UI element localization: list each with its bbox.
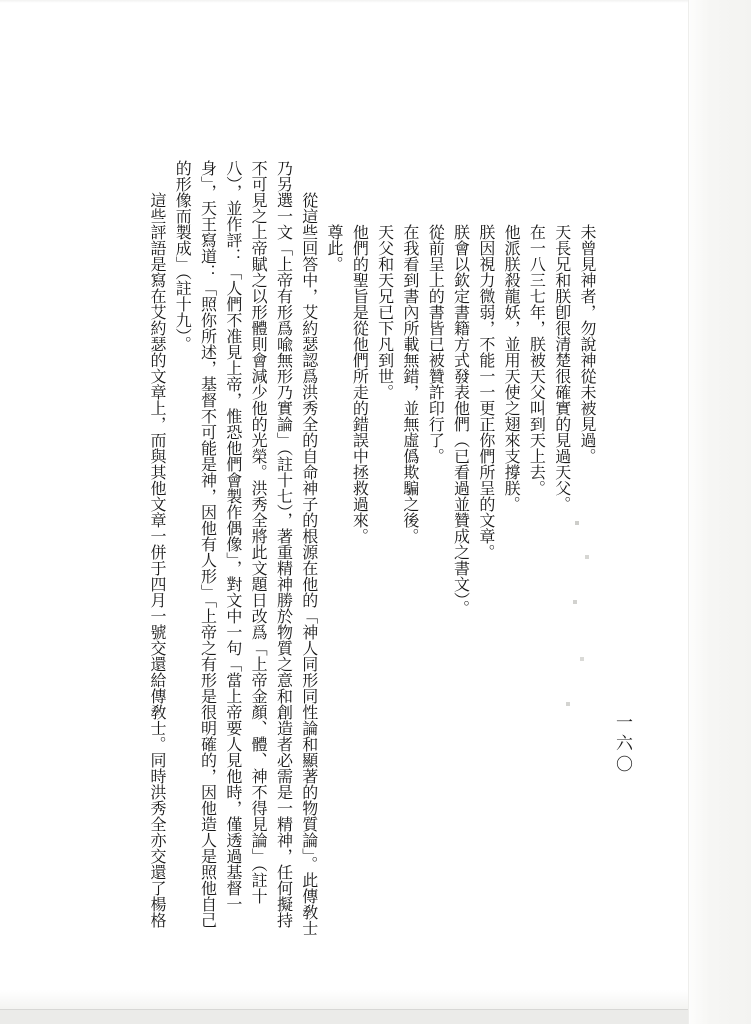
scan-edge-right bbox=[688, 0, 751, 1024]
body-paragraph: 從這些回答中，艾約瑟認爲洪秀全的自命神子的根源在他的「神人同形同性論和顯著的物質… bbox=[169, 160, 321, 940]
quote-line: 在我看到書內所載無錯，並無虛僞欺騙之後。 bbox=[397, 160, 422, 940]
quote-line: 天父和天兄已下凡到世。 bbox=[371, 160, 396, 940]
quote-line: 在一八三七年，朕被天父叫到天上去。 bbox=[523, 160, 548, 940]
scan-edge-bottom-fade bbox=[0, 990, 751, 1010]
scan-speckles bbox=[0, 0, 2, 2]
page-number: 一六〇 bbox=[610, 713, 635, 776]
quote-line: 朕會以欽定書籍方式發表他們（已看過並贊成之書文）。 bbox=[447, 160, 472, 940]
body-paragraph: 這些評語是寫在艾約瑟的文章上，而與其他文章一併于四月一號交還給傳敎士。同時洪秀全… bbox=[144, 160, 169, 940]
quote-line: 他們的聖旨是從他們所走的錯誤中拯救過來。 bbox=[346, 160, 371, 940]
scan-edge-bottom bbox=[0, 1009, 751, 1024]
scan-edge-top bbox=[0, 0, 751, 3]
quote-line: 從前呈上的書皆已被贊許印行了。 bbox=[422, 160, 447, 940]
quote-line: 朕因視力微弱，不能一一更正你們所呈的文章。 bbox=[473, 160, 498, 940]
quote-line: 他派朕殺龍妖，並用天使之翅來支撐朕。 bbox=[498, 160, 523, 940]
page-text: 未曾見神者，勿說神從未被見過。 天長兄和朕卽很清楚很確實的見過天父。 在一八三七… bbox=[144, 160, 599, 940]
quote-line: 天長兄和朕卽很清楚很確實的見過天父。 bbox=[548, 160, 573, 940]
scanned-book-page: 未曾見神者，勿說神從未被見過。 天長兄和朕卽很清楚很確實的見過天父。 在一八三七… bbox=[0, 0, 751, 1024]
quote-line: 尊此。 bbox=[321, 160, 346, 940]
quote-line: 未曾見神者，勿說神從未被見過。 bbox=[574, 160, 599, 940]
